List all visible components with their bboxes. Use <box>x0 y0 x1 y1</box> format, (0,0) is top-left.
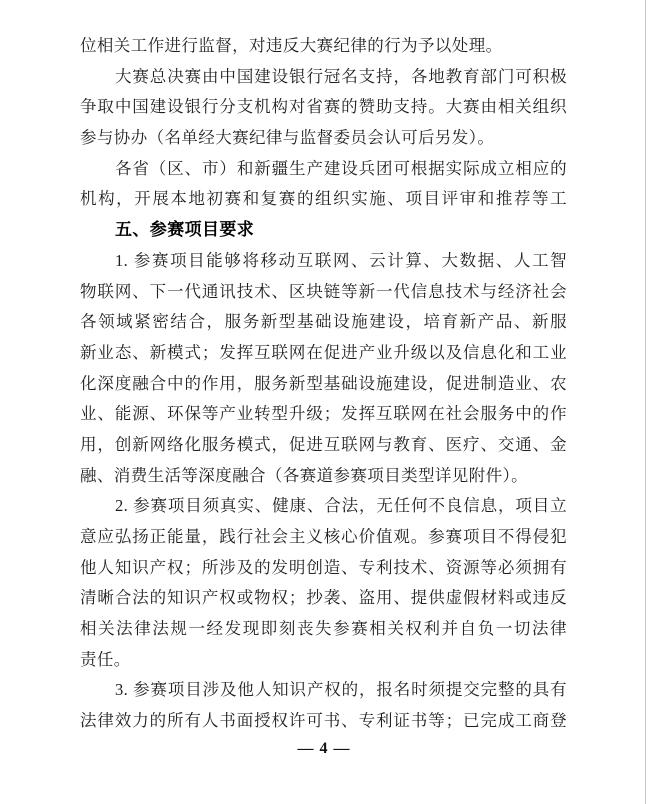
page-number: — 4 — <box>0 740 648 758</box>
text-line: 责任。 <box>80 645 567 676</box>
text-line: 新业态、新模式；发挥互联网在促进产业升级以及信息化和工业 <box>80 338 567 369</box>
text-block: 位相关工作进行监督，对违反大赛纪律的行为予以处理。大赛总决赛由中国建设银行冠名支… <box>80 31 567 737</box>
text-line: 机构，开展本地初赛和复赛的组织实施、项目评审和推荐等工作。 <box>80 184 567 215</box>
text-line: 用，创新网络化服务模式，促进互联网与教育、医疗、交通、金 <box>80 430 567 461</box>
section-heading: 五、参赛项目要求 <box>80 215 567 246</box>
text-line: 各省（区、市）和新疆生产建设兵团可根据实际成立相应的 <box>80 154 567 185</box>
text-line: 相关法律法规一经发现即刻丧失参赛相关权利并自负一切法律 <box>80 614 567 645</box>
page-edge-line <box>645 0 646 804</box>
text-line: 化深度融合中的作用，服务新型基础设施建设，促进制造业、农 <box>80 369 567 400</box>
text-line: 争取中国建设银行分支机构对省赛的赞助支持。大赛由相关组织 <box>80 92 567 123</box>
text-line: 融、消费生活等深度融合（各赛道参赛项目类型详见附件）。 <box>80 461 567 492</box>
text-line: 3. 参赛项目涉及他人知识产权的，报名时须提交完整的具有 <box>80 675 567 706</box>
text-line: 意应弘扬正能量，践行社会主义核心价值观。参赛项目不得侵犯 <box>80 522 567 553</box>
text-line: 清晰合法的知识产权或物权；抄袭、盗用、提供虚假材料或违反 <box>80 583 567 614</box>
text-line: 物联网、下一代通讯技术、区块链等新一代信息技术与经济社会 <box>80 277 567 308</box>
text-line: 大赛总决赛由中国建设银行冠名支持，各地教育部门可积极 <box>80 62 567 93</box>
text-line: 他人知识产权；所涉及的发明创造、专利技术、资源等必须拥有 <box>80 553 567 584</box>
text-line: 2. 参赛项目须真实、健康、合法，无任何不良信息，项目立 <box>80 491 567 522</box>
text-line: 参与协办（名单经大赛纪律与监督委员会认可后另发）。 <box>80 123 567 154</box>
text-line: 业、能源、环保等产业转型升级；发挥互联网在社会服务中的作 <box>80 399 567 430</box>
text-line: 位相关工作进行监督，对违反大赛纪律的行为予以处理。 <box>80 31 567 62</box>
text-line: 1. 参赛项目能够将移动互联网、云计算、大数据、人工智能、 <box>80 246 567 277</box>
document-page: 位相关工作进行监督，对违反大赛纪律的行为予以处理。大赛总决赛由中国建设银行冠名支… <box>0 0 648 804</box>
text-line: 各领域紧密结合，服务新型基础设施建设，培育新产品、新服务、 <box>80 307 567 338</box>
text-line: 法律效力的所有人书面授权许可书、专利证书等；已完成工商登 <box>80 706 567 737</box>
